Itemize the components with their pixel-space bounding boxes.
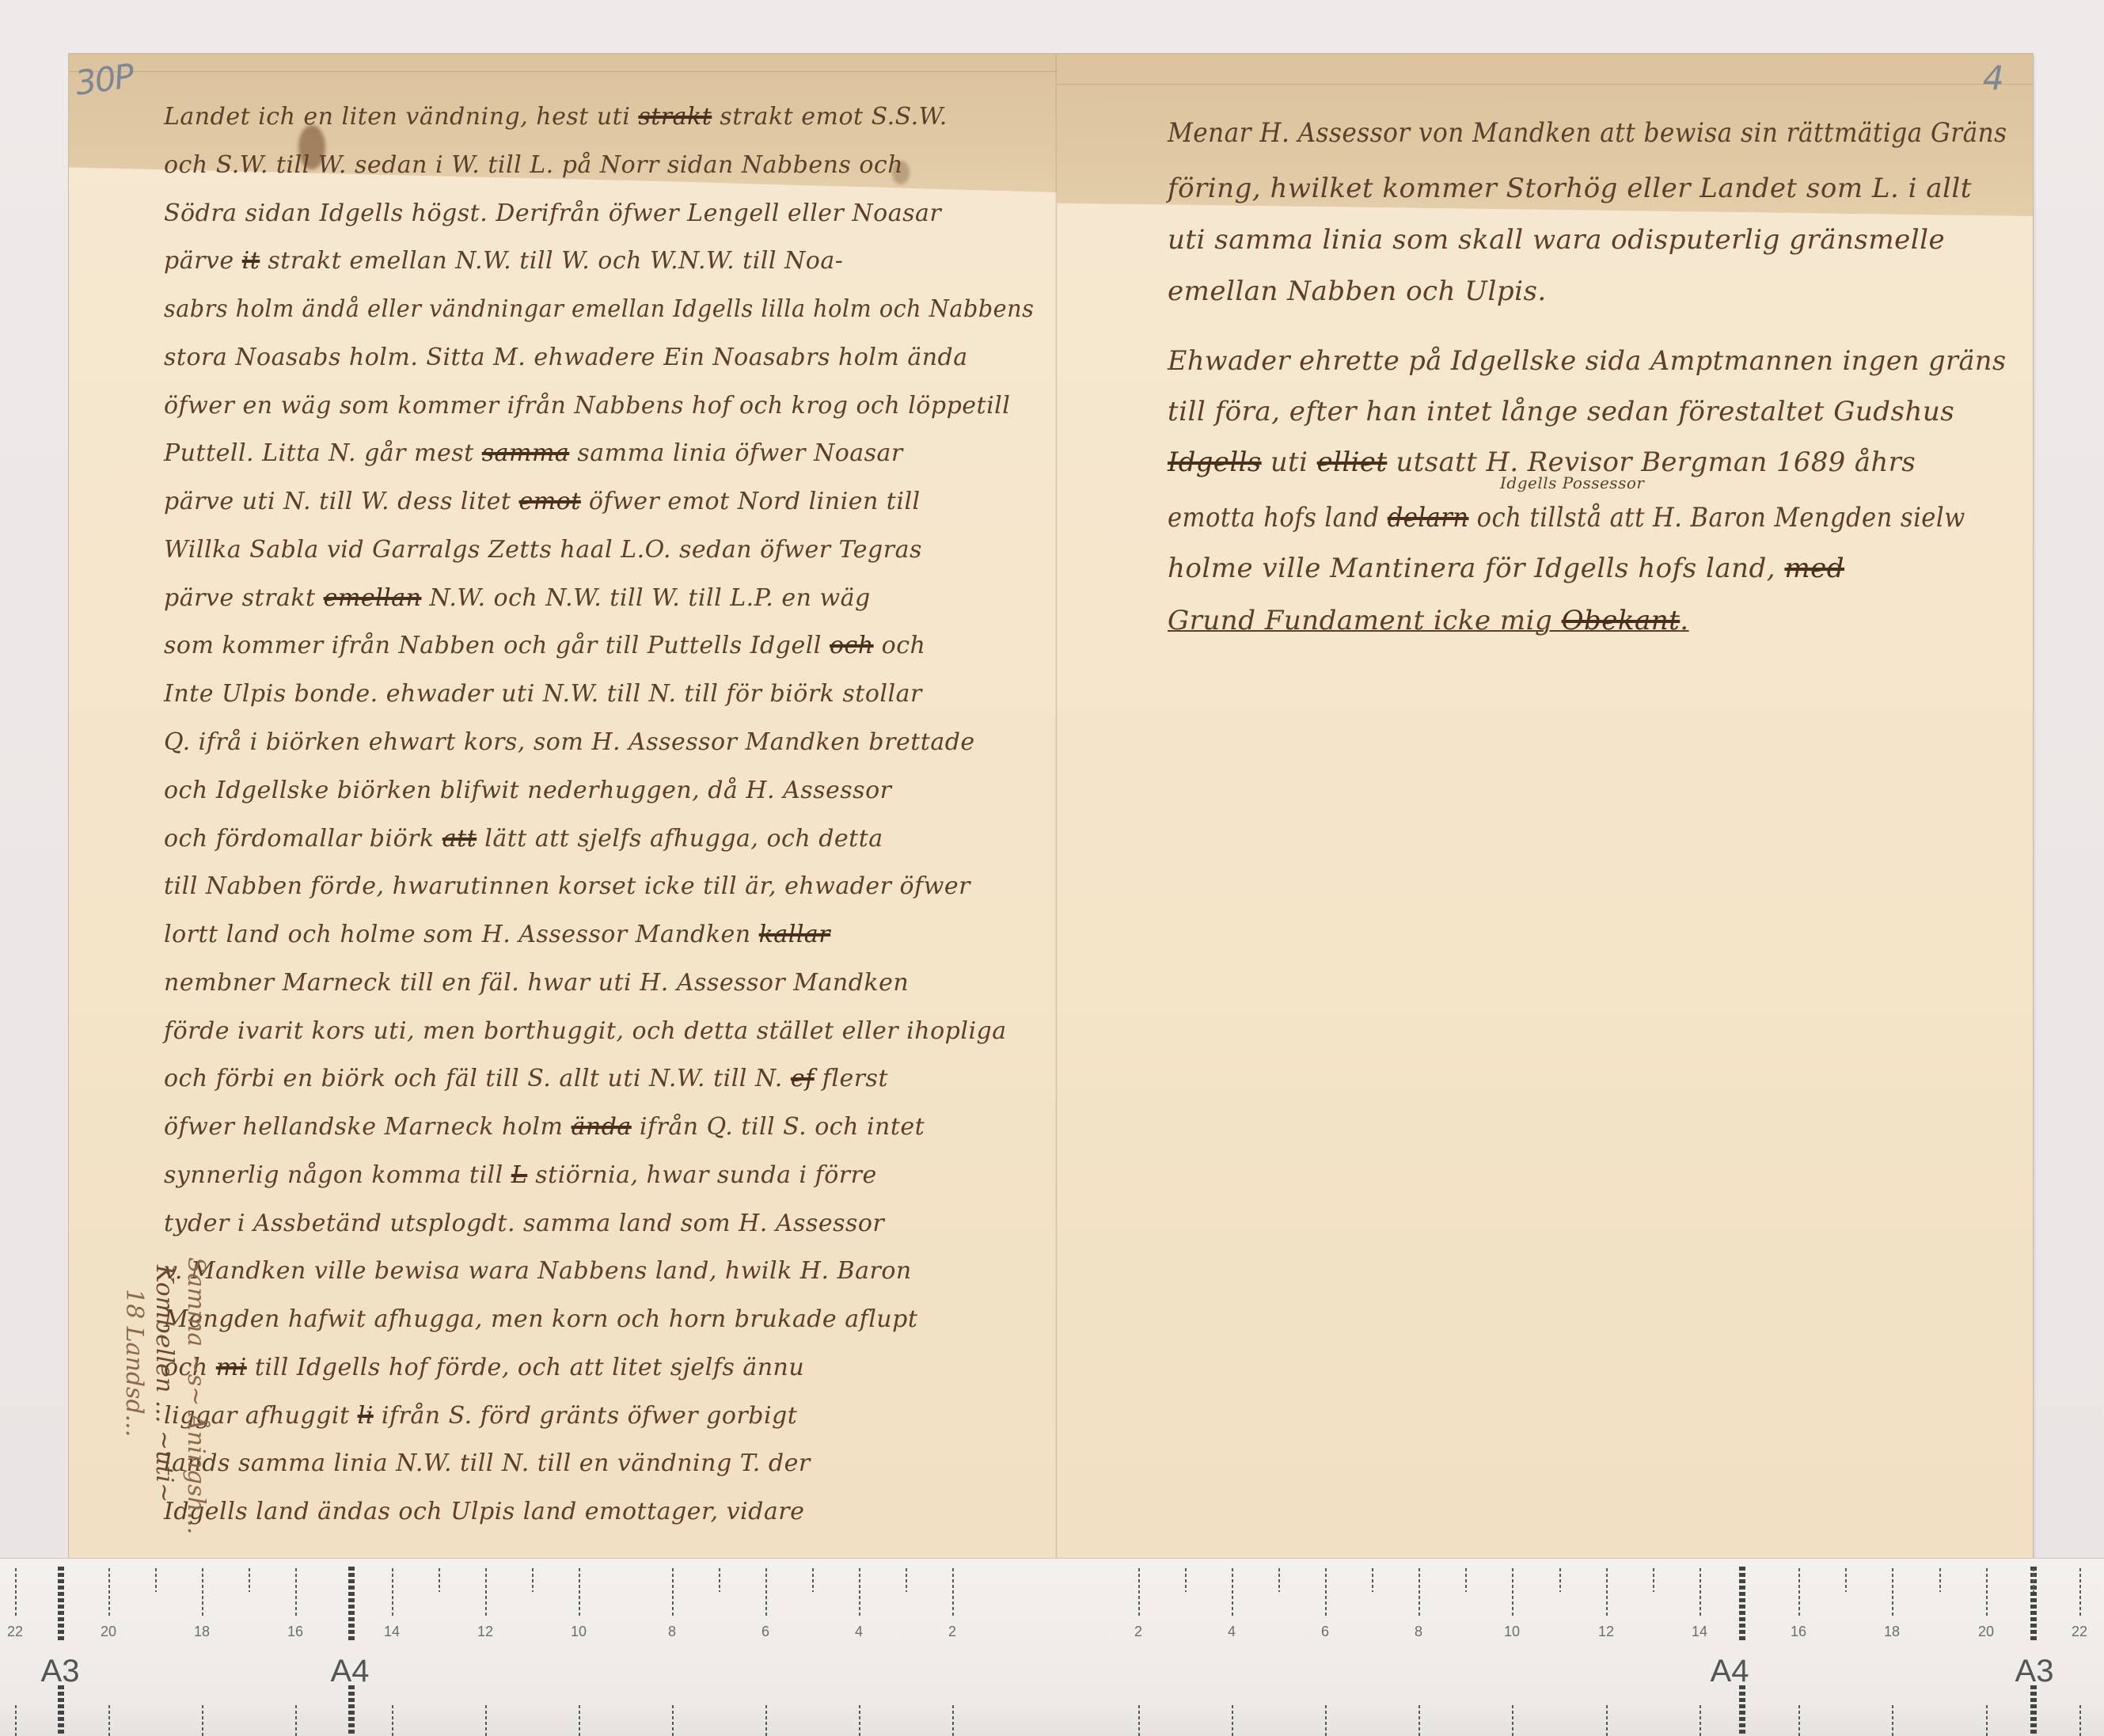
text-line: sabrs holm ändå eller vändningar emellan…	[164, 295, 1034, 323]
text-line: och fördomallar biörk att lätt att sjelf…	[164, 825, 883, 853]
tick-label: 8	[668, 1624, 676, 1640]
margin-note: 18 Landsd...	[120, 1289, 148, 1437]
text-line: uti samma linia som skall wara odisputer…	[1168, 224, 1945, 256]
text-line: som kommer ifrån Nabben och går till Put…	[164, 632, 925, 659]
tick-label: 2	[948, 1624, 956, 1640]
a3-marker	[58, 1685, 64, 1736]
tick-label: 4	[1228, 1624, 1236, 1640]
text-line: holme ville Mantinera för Idgells hofs l…	[1168, 553, 1844, 584]
text-line: till Nabben förde, hwarutinnen korset ic…	[164, 872, 970, 900]
text-line: och S.W. till W. sedan i W. till L. på N…	[164, 151, 903, 179]
text-line: pärve it strakt emellan N.W. till W. och…	[164, 247, 843, 275]
tick-label: 8	[1415, 1624, 1422, 1640]
text-line: emotta hofs land delarn och tillstå att …	[1168, 502, 1965, 534]
tick-label: 10	[571, 1624, 587, 1640]
text-line: synnerlig någon komma till L stiörnia, h…	[164, 1161, 877, 1189]
text-line: Idgells land ändas och Ulpis land emotta…	[164, 1498, 804, 1525]
crease-line	[1057, 84, 2033, 85]
text-line: tyder i Assbetänd utsplogdt. samma land …	[164, 1210, 884, 1237]
interlinear-note: Idgells Possessor	[1500, 473, 1644, 492]
a4-marker	[1739, 1567, 1745, 1642]
text-line: föring, hwilket kommer Storhög eller Lan…	[1168, 173, 1972, 204]
text-line: öfwer en wäg som kommer ifrån Nabbens ho…	[164, 392, 1010, 420]
tick-label: 16	[287, 1624, 303, 1640]
tick-label: 22	[2072, 1624, 2087, 1640]
text-line: Mengden hafwit afhugga, men korn och hor…	[164, 1305, 917, 1333]
text-line: öfwer hellandske Marneck holm ända ifrån…	[164, 1113, 925, 1141]
text-line: Landet ich en liten vändning, hest uti s…	[164, 103, 948, 131]
tick-label: 20	[1978, 1624, 1994, 1640]
text-line: Willka Sabla vid Garralgs Zetts haal L.O…	[164, 536, 922, 564]
text-line: Menar H. Assessor von Mandken att bewisa…	[1168, 117, 2007, 149]
a4-marker	[348, 1685, 355, 1736]
manuscript-spread: 30P Landet ich en liten vändning, hest u…	[69, 54, 2033, 1558]
text-line: Puttell. Litta N. går mest samma samma l…	[164, 439, 903, 467]
measurement-ruler: A3 A4 A4 A3 22 20 18 16 14 12 10 8 6 4 2…	[0, 1558, 2104, 1736]
right-page: 4 Menar H. Assessor von Mandken att bewi…	[1057, 54, 2033, 1558]
tick-label: 6	[761, 1624, 769, 1640]
tick-label: 14	[384, 1624, 400, 1640]
text-line: lortt land och holme som H. Assessor Man…	[164, 921, 830, 948]
a4-marker	[348, 1567, 355, 1642]
tick-label: 22	[7, 1624, 23, 1640]
tick-label: 14	[1692, 1624, 1707, 1640]
a3-marker	[2030, 1685, 2037, 1736]
text-line: pärve strakt emellan N.W. och N.W. till …	[164, 584, 871, 612]
text-line: förde ivarit kors uti, men borthuggit, o…	[164, 1017, 1007, 1045]
text-line: emellan Nabben och Ulpis.	[1168, 275, 1547, 307]
margin-note: Kombellen ... ~uti~	[150, 1265, 178, 1502]
text-line: och förbi en biörk och fäl till S. allt …	[164, 1065, 888, 1092]
text-line: Ehwader ehrette på Idgellske sida Amptma…	[1168, 345, 2007, 377]
text-line: stora Noasabs holm. Sitta M. ehwadere Ei…	[164, 344, 968, 371]
size-label: A4	[331, 1654, 370, 1689]
a3-marker	[58, 1567, 64, 1642]
left-page: 30P Landet ich en liten vändning, hest u…	[69, 54, 1057, 1558]
text-line: liggar afhuggit li ifrån S. förd gränts …	[164, 1402, 797, 1430]
text-line: Södra sidan Idgells högst. Derifrån öfwe…	[164, 199, 941, 227]
tick-label: 12	[477, 1624, 493, 1640]
text-line: och Idgellske biörken blifwit nederhugge…	[164, 777, 891, 804]
size-label: A3	[41, 1654, 80, 1689]
text-line: nembner Marneck till en fäl. hwar uti H.…	[164, 969, 909, 997]
text-line: Grund Fundament icke mig Obekant.	[1168, 605, 1689, 636]
text-line: till föra, efter han intet långe sedan f…	[1168, 396, 1954, 427]
tick-label: 18	[1884, 1624, 1900, 1640]
tick-label: 6	[1321, 1624, 1329, 1640]
size-label: A4	[1711, 1654, 1749, 1689]
tick-label: 18	[194, 1624, 210, 1640]
text-line: Q. ifrå i biörken ehwart kors, som H. As…	[164, 728, 975, 756]
folio-number: 4	[1983, 59, 2003, 97]
text-line: Inte Ulpis bonde. ehwader uti N.W. till …	[164, 680, 922, 708]
margin-note: Samma ~s~ Åningsh...	[182, 1257, 210, 1534]
crease-line	[69, 71, 1057, 72]
folio-number: 30P	[73, 56, 135, 103]
text-line: pärve uti N. till W. dess litet emot öfw…	[164, 488, 921, 515]
tick-label: 4	[855, 1624, 863, 1640]
tick-label: 12	[1598, 1624, 1614, 1640]
text-line: lands samma linia N.W. till N. till en v…	[164, 1449, 811, 1477]
tick-label: 20	[101, 1624, 116, 1640]
text-line: v. Mandken ville bewisa wara Nabbens lan…	[164, 1257, 912, 1285]
text-line: och mi till Idgells hof förde, och att l…	[164, 1354, 804, 1381]
tick-label: 16	[1791, 1624, 1806, 1640]
tick-label: 10	[1504, 1624, 1520, 1640]
tick-label: 2	[1134, 1624, 1142, 1640]
size-label: A3	[2015, 1654, 2054, 1689]
a4-marker	[1739, 1685, 1745, 1736]
